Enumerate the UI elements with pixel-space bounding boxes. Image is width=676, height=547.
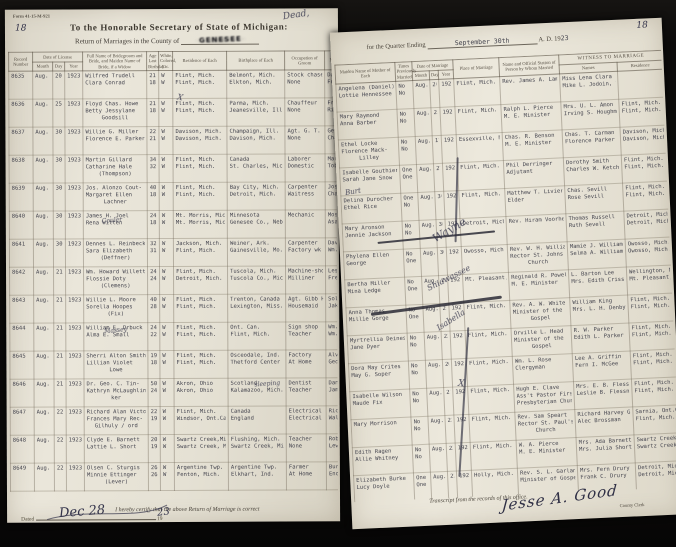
cell-line: W — [163, 444, 172, 451]
names-cell: Willie L. MooreSorella Hoopes(Fix) — [84, 295, 148, 323]
left-table-region: Record Number Date of License Full Name … — [8, 50, 338, 503]
cell-line: 22 — [449, 446, 453, 453]
cell-line: 20 — [445, 362, 449, 369]
marriage-month: Aug. — [427, 388, 445, 417]
record-number: 8648 — [10, 435, 34, 463]
cell-line: Holly, Mich. — [474, 471, 515, 480]
cell-line: Flint, Mich. — [230, 332, 283, 339]
cell-line: Irving S. Houghman — [564, 109, 617, 118]
color-cell: WW — [159, 155, 173, 183]
cell-line: No — [411, 370, 423, 378]
cell-line: 1923 — [68, 242, 81, 249]
cell-line: 34 — [150, 157, 157, 164]
cell-line: Mechanic — [288, 213, 323, 220]
occupation-cell: CarpenterFactory wk — [285, 238, 325, 266]
cell-line: 22 — [149, 129, 156, 136]
place-cell: Flint, Mich. — [466, 357, 513, 387]
place-cell: Flint, Mich. — [454, 77, 501, 107]
col-date-license: Date of License — [33, 52, 83, 62]
cell-line: Aug. — [37, 466, 52, 473]
times-prev-cell: OneOne — [413, 472, 431, 501]
cell-line: M. E. Minister — [504, 112, 559, 121]
license-year: 1923 — [65, 99, 83, 127]
license-year: 1923 — [65, 71, 83, 99]
cell-line: 21 — [57, 382, 64, 389]
cell-line: 50 — [151, 381, 158, 388]
witness-names-cell: R. W. ParkerEdith L. Parker — [571, 323, 630, 354]
cell-line: Aug. — [36, 214, 51, 221]
cell-line: Aug. — [36, 326, 51, 333]
cell-line: One — [402, 174, 414, 182]
cell-line: W — [162, 304, 171, 311]
color-cell: WW — [160, 407, 174, 435]
cell-line: Fred Clemens — [328, 275, 338, 282]
cell-line: Gainesville, Mo. — [230, 248, 283, 255]
marriage-year: 1923 — [450, 331, 466, 360]
county-stamp: GENESEE — [194, 35, 245, 45]
cell-line: 40 — [150, 185, 157, 192]
cell-line: Florence Parker — [565, 137, 618, 146]
mother-cell: Ethel LockeFlorence Mack-Lilley — [338, 138, 399, 169]
marriage-year: 1923 — [439, 79, 455, 108]
cell-line: Milliner — [288, 276, 323, 283]
cell-line: M. E. Minister — [519, 447, 574, 456]
times-prev-cell: NoOne — [403, 249, 421, 278]
marriage-month: Aug. — [430, 472, 448, 501]
cell-line: Housemaid — [288, 304, 323, 311]
page-title: To the Honorable Secretary of State of M… — [49, 21, 309, 32]
cell-line: (Thompson) — [86, 171, 145, 178]
father-cell: Mose JoelAsa Witten — [325, 210, 338, 238]
cell-line: Flint, Mich. — [176, 360, 225, 367]
cell-line: W — [162, 276, 171, 283]
cell-line: 22 — [57, 410, 64, 417]
cell-line: 8635 — [11, 74, 30, 81]
cell-line: Aug. — [429, 390, 441, 398]
age-cell: 2219 — [148, 407, 160, 435]
names-cell: Wm. Howard WillettFlossie Doty(Clemens) — [84, 267, 148, 295]
license-year: 1923 — [66, 463, 84, 491]
mother-cell: Edith RagenAllie Whitney — [352, 445, 413, 476]
cell-line: Robert Barnett — [329, 436, 338, 443]
marriage-year: 1923 — [455, 443, 471, 472]
witness-names-cell: Mrs. E. B. FlessnerLeslie B. Flessner — [573, 379, 632, 410]
color-cell: WW — [160, 379, 174, 407]
license-year: 1923 — [66, 351, 84, 379]
cell-line: Lewis Short — [329, 443, 338, 450]
cell-line: Elder — [508, 196, 563, 205]
cell-line: Akron, Ohio — [177, 388, 226, 395]
age-cell: 2422 — [148, 323, 160, 351]
cell-line: Maude Fix — [353, 399, 408, 408]
cell-line: Richard Gilhuly — [329, 408, 338, 415]
cell-line: Flint, Mich. — [175, 108, 224, 115]
residence-cell: Flint, Mich.Flint, Mich. — [173, 182, 227, 210]
occupation-cell: LaborerDomestic — [285, 154, 325, 182]
cell-line: Aug. — [428, 362, 440, 370]
cell-line: W — [162, 192, 171, 199]
cell-line: Stock chaser — [287, 73, 322, 80]
dated-rule — [36, 519, 156, 521]
times-prev-cell: NoNo — [396, 81, 414, 110]
color-cell: WW — [160, 435, 174, 463]
cell-line: 24 — [150, 276, 157, 283]
cell-line: 19 — [151, 416, 158, 423]
place-cell: Essexville, Mich. — [456, 133, 503, 163]
col-names: Full Name of Bridegroom and Bride, and M… — [83, 52, 147, 71]
cell-line: Aug. — [36, 354, 51, 361]
birthplace-cell: Parma, Mich.Jeanesville, Ill. — [227, 98, 285, 126]
cell-line: W — [161, 108, 170, 115]
times-prev-cell: NoNo — [402, 221, 420, 250]
cell-line: George — [346, 259, 401, 268]
cell-line: Alvin U. Smith — [328, 352, 338, 359]
witness-residence-cell: Swartz Creek, MichSwartz Creek, Mich — [634, 433, 676, 463]
cell-line: W — [162, 297, 171, 304]
cell-line: Detroit, Mich. — [230, 192, 283, 199]
record-row: 8649Aug.221923Olsen C. SturgisMinnie Ett… — [10, 462, 338, 492]
cell-line: No — [413, 398, 425, 406]
birthplace-cell: Tuscola, Mich.Tuscola Co., Mich. — [228, 266, 286, 294]
witness-names-cell: Thomas RussellRuth Sevell — [566, 211, 625, 242]
license-day: 21 — [54, 379, 66, 407]
names-cell: Olsen C. SturgisMinnie Ettinger(Lever) — [84, 463, 148, 491]
cell-line: 1923 — [68, 158, 81, 165]
cell-line: 1923 — [453, 333, 463, 340]
quarter-heading: for the Quarter Ending September 30th A.… — [366, 30, 656, 52]
record-number: 8640 — [9, 211, 33, 239]
col-place: Place of Marriage — [453, 58, 500, 79]
birthplace-cell: MinnesotaGenesee Co., Neb. — [227, 210, 285, 238]
license-month: Aug. — [33, 155, 53, 183]
marriage-month: Aug. — [414, 108, 432, 137]
marriage-month: Aug. — [425, 360, 443, 389]
cell-line: Detroit, Mich. — [176, 276, 225, 283]
witness-residence-cell: Wellington, MichMt. Pleasant, Mich — [626, 265, 673, 295]
cell-line: Asa Witten — [328, 219, 338, 226]
left-page: Form 41-15-M-921 18 Dead, To the Honorab… — [5, 8, 340, 522]
cell-line: Mrs. Edith Crissom — [571, 277, 624, 286]
cell-line: Detroit, Mich. — [638, 471, 676, 480]
cell-line: Flint, Mich. — [469, 359, 510, 368]
color-cell: WW — [160, 295, 174, 323]
cell-line: 19 — [150, 353, 157, 360]
cell-line: Tuscola Co., Mich. — [230, 276, 283, 283]
occupation-cell: Machine-shopMilliner — [286, 266, 326, 294]
times-prev-cell: NoOne — [405, 277, 423, 306]
color-cell: WW — [160, 351, 174, 379]
cell-line: Detroit, Mich. — [463, 219, 504, 228]
cell-line: Davison, Mich. — [623, 135, 664, 144]
residence-cell: Akron, OhioAkron, Ohio — [174, 378, 228, 406]
license-month: Aug. — [33, 239, 53, 267]
cell-line: No — [405, 230, 417, 238]
cell-line: Flint, Mich. — [176, 304, 225, 311]
cell-line: Aug. — [36, 242, 51, 249]
mother-cell: Dora May CritesMay G. Soper — [348, 361, 409, 392]
residence-cell: Flint, Mich.Flint, Mich. — [174, 322, 228, 350]
license-month: Aug. — [34, 295, 54, 323]
cell-line: Flint, Mich. — [460, 163, 501, 172]
witness-names-cell: William KingMrs. L. H. Denby — [570, 295, 629, 326]
subtitle-text: Return of Marriages in the County of — [75, 37, 179, 45]
cell-line: 8636 — [11, 102, 30, 109]
age-cell: 2424 — [148, 267, 160, 295]
witness-names-cell: Mrs. U. L. AmonIrving S. Houghman — [561, 99, 620, 130]
names-cell: Martin GillardCatharine Hale(Thompson) — [83, 155, 147, 183]
mother-cell: Mary Morrison — [351, 417, 412, 448]
residence-cell: Jackson, Mich.Flint, Mich. — [173, 238, 227, 266]
cell-line: Frank C. Drury — [580, 473, 633, 482]
left-table-header: Record Number Date of License Full Name … — [9, 51, 338, 72]
cell-line: Flint, Mich. — [471, 415, 512, 424]
cell-line: Jennie Jackson — [345, 231, 400, 240]
witness-names-cell: Richard Harvey GilhulyAlec Brossman — [575, 407, 634, 438]
record-row: 8637Aug.301923Willie G. MillerFlorence E… — [9, 126, 338, 156]
cell-line: Rev. Hiram Voorhees — [509, 217, 564, 226]
cell-line: 17 — [435, 138, 439, 145]
marriage-year: 1923 — [453, 387, 469, 416]
cell-line: One — [409, 314, 421, 322]
cell-line: Factory wk — [288, 248, 323, 255]
cell-line: Ethel Rice — [344, 203, 399, 212]
clerk-title: County Clerk — [620, 502, 645, 508]
license-year: 1923 — [66, 295, 84, 323]
age-cell: 5024 — [148, 379, 160, 407]
cell-line: Elkton, Mich. — [229, 80, 282, 87]
license-month: Aug. — [34, 463, 54, 491]
times-prev-cell: NoNo — [411, 416, 429, 445]
cell-line: Ruth Sevell — [569, 221, 622, 230]
mother-cell: Elizabeth BurkeLucy Doyle — [354, 473, 415, 502]
cell-line: Aug. — [36, 186, 51, 193]
cell-line: Teacher — [289, 388, 324, 395]
cell-line: 21 — [434, 110, 438, 117]
cell-line: Mike L. Jodoin, Wilfred Trudell — [562, 81, 615, 90]
cell-line: Aug. — [37, 438, 52, 445]
cell-line: W — [162, 269, 171, 276]
marriage-month: Aug. — [415, 136, 433, 165]
cell-line: Wm. H. Orbuck — [328, 324, 338, 331]
record-row: 8642Aug.211923Wm. Howard WillettFlossie … — [10, 266, 339, 296]
cell-line: Sarah Jane Snow — [342, 175, 397, 184]
record-row: 8645Aug.211923Sherri Alton SmithLillian … — [10, 350, 338, 380]
license-day: 20 — [53, 71, 65, 99]
cell-line: Essexville, Mich. — [459, 135, 500, 144]
cell-line: 31 — [150, 248, 157, 255]
cell-line: Mt. Morris, Mich. — [176, 220, 225, 227]
married-by-cell: Rev. A. W. WhiteMinister of theGospel — [510, 298, 571, 329]
cell-line: W — [162, 241, 171, 248]
married-by-cell: Reginald R. PowellM. E. Minister — [508, 270, 569, 301]
cell-line: Jake King — [328, 303, 338, 310]
cell-line: George Lowe — [328, 359, 338, 366]
cell-line: 21 — [56, 326, 63, 333]
cell-line: Flint, Mich. — [624, 163, 665, 172]
married-by-cell: Chas. R. BensonM. E. Minister — [502, 130, 563, 161]
mother-cell: Mary AronsonJennie Jackson — [342, 221, 403, 252]
cell-line: Anna Barber — [340, 119, 395, 128]
color-cell: WW — [159, 239, 173, 267]
license-day: 30 — [53, 127, 65, 155]
cell-line: James McLaughlin — [329, 387, 338, 394]
witness-names-cell: Miss Lena Clara SearedMike L. Jodoin, Wi… — [560, 72, 619, 103]
license-year: 1923 — [66, 379, 84, 407]
age-cell: 2019 — [148, 435, 160, 463]
marriage-month: Aug. — [428, 416, 446, 445]
cell-line: W — [162, 332, 171, 339]
cell-line: Flint, Mich. — [175, 80, 224, 87]
residence-cell: Flint, Mich.Detroit, Mich. — [174, 266, 228, 294]
cell-line: Owosso, Mich. — [464, 247, 505, 256]
cell-line: 28 — [150, 304, 157, 311]
birthplace-cell: Argentine Twp.Elkhart, Ind. — [228, 462, 286, 490]
cell-line: Walter Record — [329, 415, 338, 422]
cell-line: (Lever) — [87, 479, 146, 486]
cell-line: 22 — [57, 466, 64, 473]
cell-line: Aug. — [433, 474, 445, 482]
cell-line: M. E. Minister — [505, 140, 560, 149]
ad-year: 23 — [561, 34, 569, 42]
license-year: 1923 — [65, 155, 83, 183]
cell-line: No — [401, 146, 413, 154]
cell-line: 27 — [436, 166, 440, 173]
license-month: Aug. — [34, 267, 54, 295]
witness-residence-cell: Flint, Mich.Flint, Mich. — [621, 153, 668, 183]
record-number: 8638 — [9, 155, 33, 183]
record-row: 8644Aug.211923William E. OrbuckAlma E. S… — [10, 322, 338, 352]
cell-line: Flint, Mich. — [633, 359, 674, 368]
age-cell: 3231 — [147, 239, 159, 267]
residence-cell: Mt. Morris, Mich.Mt. Morris, Mich. — [173, 210, 227, 238]
married-by-cell: W. A. PierceM. E. Minister — [516, 438, 577, 469]
cell-line: One — [406, 258, 418, 266]
license-month: Aug. — [34, 435, 54, 463]
record-number: 8642 — [10, 267, 34, 295]
occupation-cell: DentistTeacher — [286, 378, 326, 406]
license-day: 22 — [54, 463, 66, 491]
color-cell: WW — [159, 71, 173, 99]
occupation-cell: Agt. G. T.None — [285, 126, 325, 154]
cell-line: Aug. — [431, 418, 443, 426]
marriage-month: Aug. — [418, 192, 436, 221]
cell-line: 8645 — [12, 354, 31, 361]
cell-line: 1923 — [445, 165, 455, 172]
cell-line: 1923 — [68, 186, 81, 193]
cell-line: W — [162, 185, 171, 192]
quarter-label: for the Quarter Ending — [366, 41, 425, 51]
father-cell: Robert BarnettLewis Short — [326, 434, 338, 462]
license-year: 1923 — [66, 407, 84, 435]
place-cell: Flint, Mich. — [459, 189, 506, 219]
cell-line: 1923 — [68, 270, 81, 277]
marriage-table-right: Maiden Name of Mother of Each Times Prev… — [334, 50, 676, 502]
record-number: 8637 — [9, 127, 33, 155]
residence-cell: Swartz Creek,Mich.Swartz Creek, Mich — [174, 434, 228, 462]
cell-line: Lattie L. Short — [87, 444, 146, 451]
cell-line: 1923 — [69, 410, 82, 417]
cell-line: 24 — [150, 269, 157, 276]
cell-line: W — [161, 80, 170, 87]
cell-line: Genesee Co., Neb. — [230, 220, 283, 227]
cell-line: Aug. — [37, 410, 52, 417]
age-cell: 1918 — [148, 351, 160, 379]
mother-cell: Mary RaymondAnna Barber — [337, 110, 398, 141]
cell-line: Aug. — [37, 382, 52, 389]
birthplace-cell: Ont. Can.Flint, Mich. — [228, 322, 286, 350]
license-year: 1923 — [66, 267, 84, 295]
cell-line: (Clemens) — [86, 283, 145, 290]
cell-line: W — [161, 136, 170, 143]
cell-line: 18 — [150, 220, 157, 227]
license-day: 30 — [53, 155, 65, 183]
cell-line: W — [163, 465, 172, 472]
cell-line: W — [162, 353, 171, 360]
cell-line: Lachner — [86, 199, 145, 206]
cell-line: 8648 — [13, 438, 32, 445]
color-cell: WW — [160, 267, 174, 295]
cell-line: Mina Ledge — [348, 287, 403, 296]
cell-line: Millie Gorge — [349, 315, 404, 324]
cell-line: Mt. Pleasant, Mich. — [465, 275, 506, 284]
cell-line: 8642 — [12, 270, 31, 277]
witness-names-cell: Mamie J. WilliamSelma A. William — [567, 239, 626, 270]
cell-line: (Deffner) — [86, 255, 145, 262]
cell-line: 1923 — [68, 298, 81, 305]
cell-line: 8640 — [12, 214, 31, 221]
witness-residence-cell: Flint, Mich.Flint, Mich. — [630, 349, 676, 379]
cell-line: Flint, Mich. — [176, 164, 225, 171]
father-cell: Solon MooreJake King — [326, 294, 338, 322]
license-day: 25 — [53, 99, 65, 127]
cell-line: 21 — [446, 390, 450, 397]
names-cell: Dennes L. ReinbeckSara Elizabeth(Deffner… — [83, 239, 147, 267]
cell-line: 30 — [56, 186, 63, 193]
place-cell: Flint, Mich. — [457, 161, 504, 191]
color-cell: WW — [159, 127, 173, 155]
cell-line: Solon Moore — [328, 296, 338, 303]
married-by-cell: Phil DerringerAdjutant — [503, 158, 564, 189]
occupation-cell: TeacherNone — [286, 434, 326, 462]
cell-line: 1923 — [443, 110, 453, 117]
record-row: 8647Aug.221923Richard Alan VictorFrances… — [10, 406, 338, 436]
cell-line: 24 — [150, 213, 157, 220]
cell-line: May G. Soper — [351, 371, 406, 380]
names-cell: Sherri Alton SmithLillian VioletLowe — [84, 351, 148, 379]
license-month: Aug. — [33, 183, 53, 211]
col-mar-day: Day — [429, 70, 438, 80]
place-cell: Flint, Mich. — [455, 105, 502, 135]
cell-line: None — [287, 108, 322, 115]
cell-line: Aug. — [423, 250, 435, 258]
cell-line: Jeanesville, Ill. — [229, 108, 282, 115]
cell-line: 18 — [149, 80, 156, 87]
cell-line: Davison, Mich. — [229, 136, 282, 143]
marriage-month: Aug. — [429, 444, 447, 473]
record-number: 8649 — [10, 463, 34, 491]
names-cell: Clyde E. BarnettLattie L. Short — [84, 435, 148, 463]
record-row: 8640Aug.301923James H. JoelRena Witten24… — [9, 210, 338, 240]
witness-names-cell: Mrs. Ada BarnettMrs. Julia Short — [576, 435, 635, 466]
cell-line: Flint, Mich. — [625, 191, 666, 200]
cell-line: Flint, Mich. — [631, 303, 672, 312]
license-month: Aug. — [33, 71, 53, 99]
page-subtitle: Return of Marriages in the County of GEN… — [75, 35, 305, 45]
cell-line: Owosso, Mich. — [628, 247, 669, 256]
cell-line: Aug. — [35, 102, 50, 109]
witness-residence-cell: Detroit, Mich.Detroit, Mich. — [635, 461, 676, 491]
occupation-cell: Stock chaserNone — [285, 70, 325, 98]
